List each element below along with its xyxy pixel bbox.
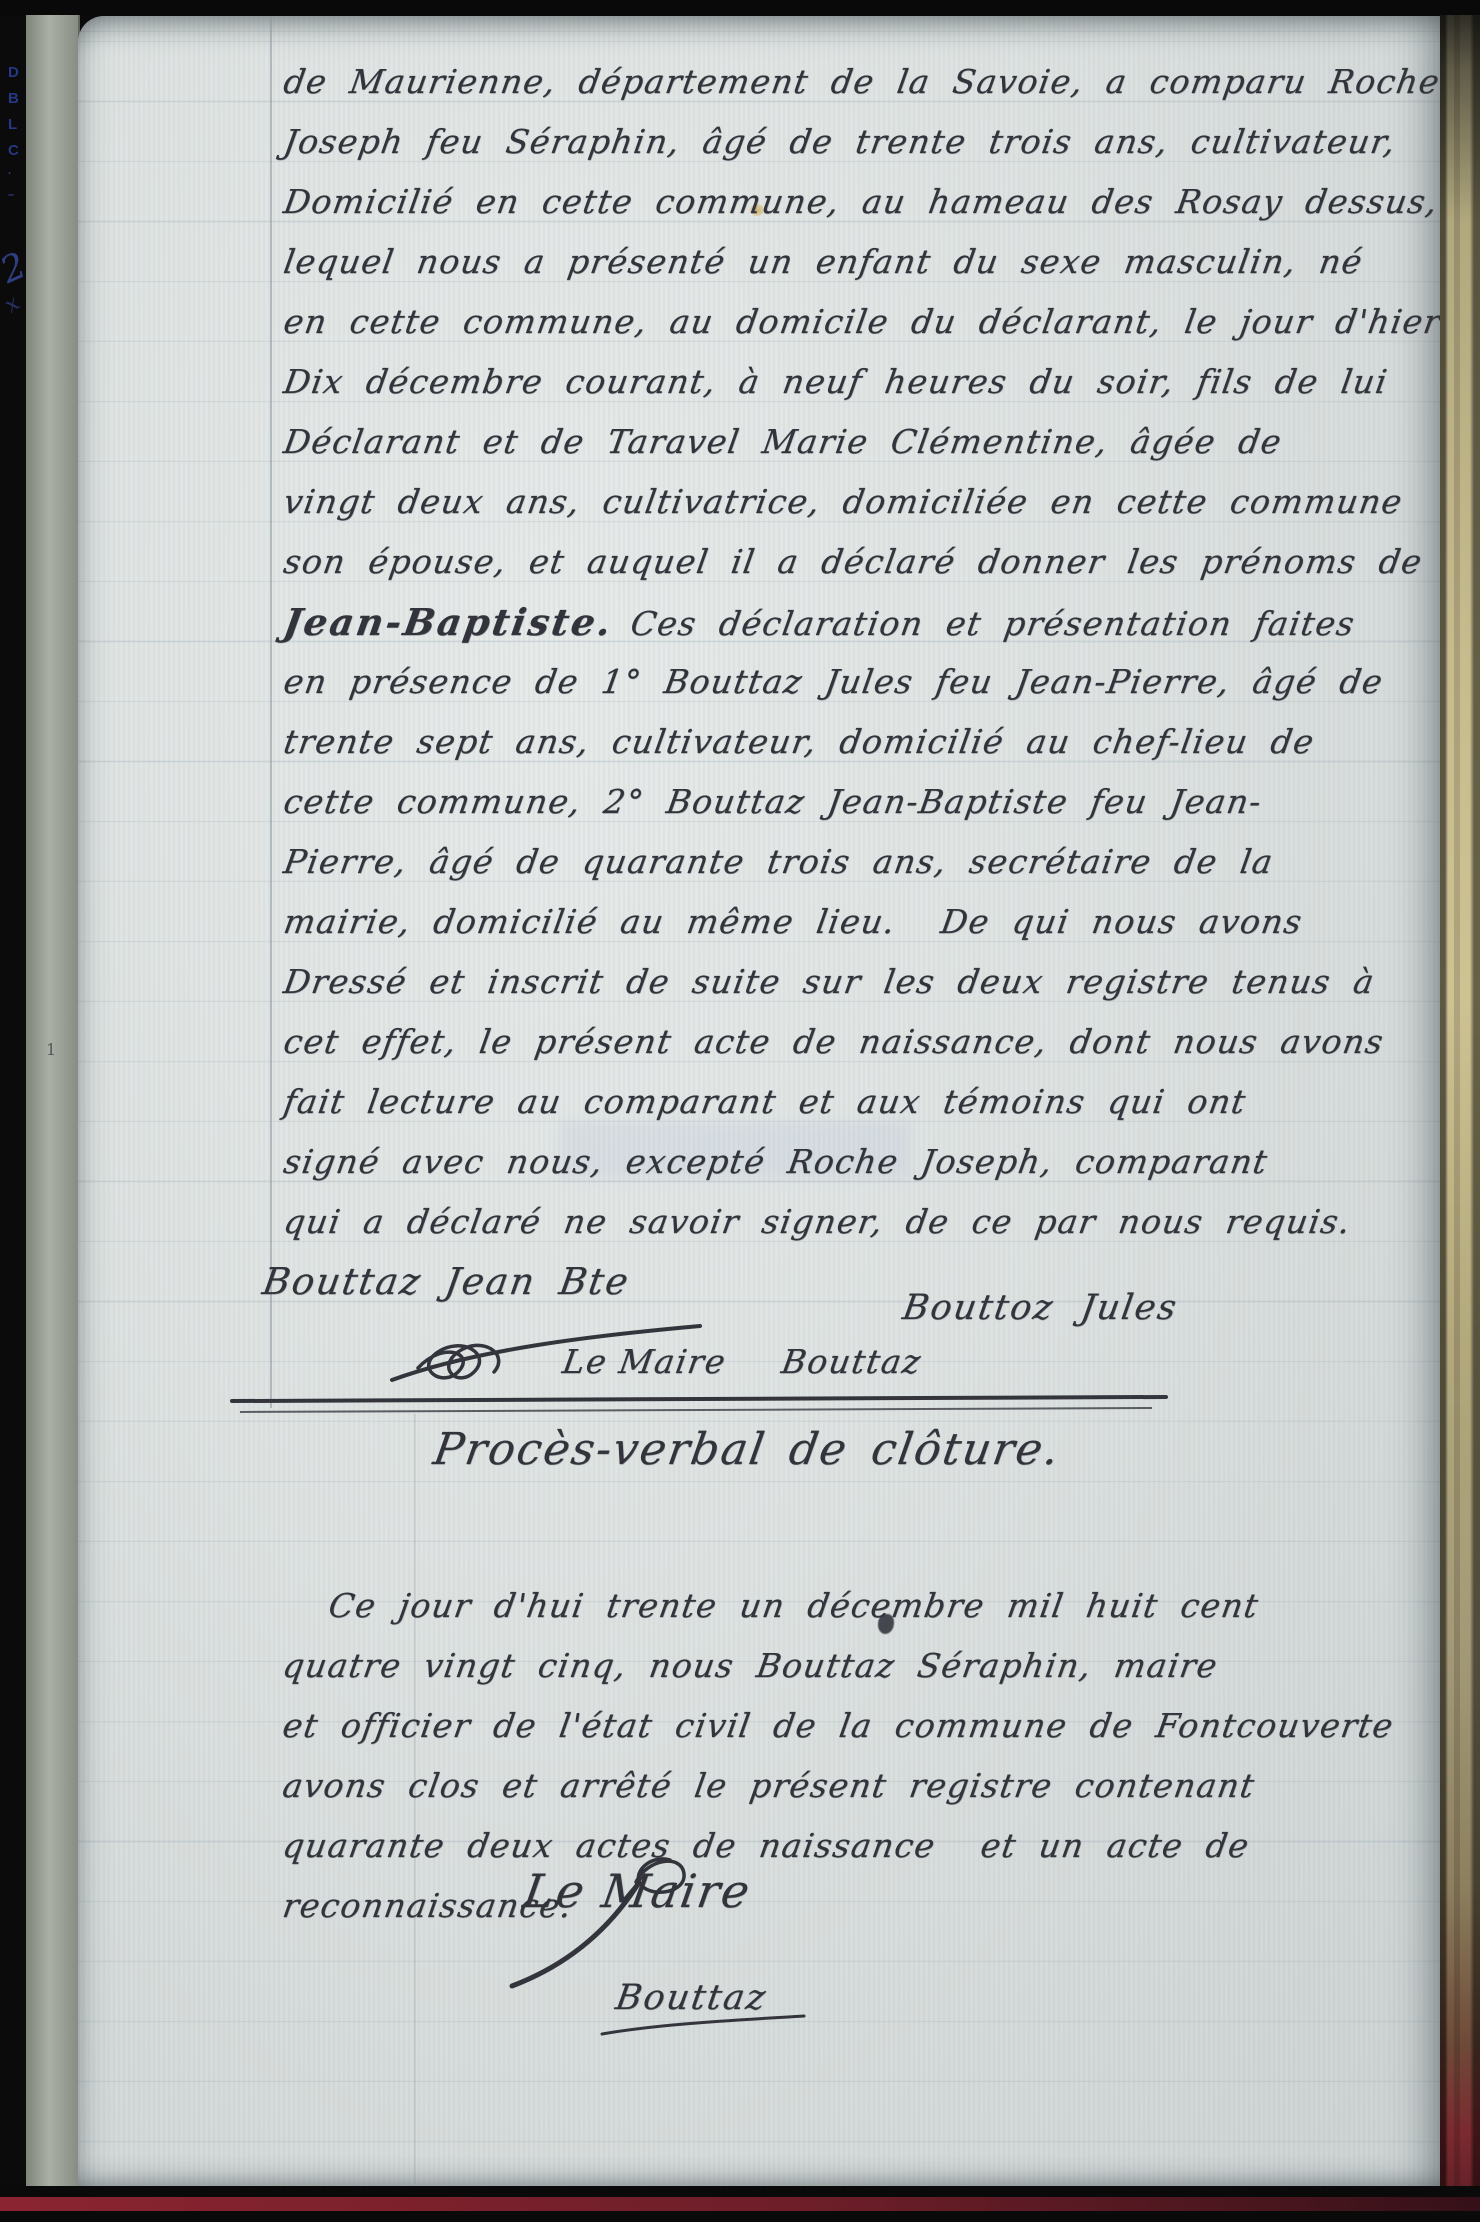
act-line: vingt deux ans, cultivatrice, domiciliée… xyxy=(284,472,1442,532)
margin-mark: 1 xyxy=(46,1040,56,1059)
spine-tick: · xyxy=(8,168,19,180)
signature-flourish xyxy=(598,2012,808,2038)
book-cover-edge xyxy=(0,2197,1480,2211)
margin-rule xyxy=(270,16,272,1408)
act-line: trente sept ans, cultivateur, domicilié … xyxy=(284,712,1442,772)
act-line: en présence de 1° Bouttaz Jules feu Jean… xyxy=(284,652,1442,712)
section-divider xyxy=(230,1395,1168,1403)
mayor-label: Le Maire xyxy=(560,1342,729,1381)
spine-tick: – xyxy=(8,189,19,201)
closure-mayor-label: Le Maire xyxy=(524,1864,751,1918)
closure-line: et officier de l'état civil de la commun… xyxy=(283,1696,1442,1756)
spine-printed-letters: D B L C · – xyxy=(8,64,19,201)
closure-line: quarante deux actes de naissance et un a… xyxy=(283,1816,1442,1876)
closure-title: Procès-verbal de clôture. xyxy=(430,1424,1064,1475)
act-line-child-name: Jean-Baptiste.Ces déclaration et présent… xyxy=(284,592,1442,652)
act-line: en cette commune, au domicile du déclara… xyxy=(284,292,1442,352)
spine-letter: C xyxy=(8,142,19,159)
act-line: de Maurienne, département de la Savoie, … xyxy=(284,52,1442,112)
name-underline-icon xyxy=(598,2012,808,2038)
act-line: cet effet, le présent acte de naissance,… xyxy=(284,1012,1442,1072)
spine-letter: D xyxy=(8,64,19,81)
act-line: Domicilié en cette commune, au hameau de… xyxy=(284,172,1442,232)
photo-top-border xyxy=(0,0,1480,15)
closure-line: reconnaissance. xyxy=(283,1876,1442,1936)
spine-letter: B xyxy=(8,90,19,107)
act-line: qui a déclaré ne savoir signer, de ce pa… xyxy=(284,1192,1442,1252)
spine-letter: L xyxy=(8,116,19,133)
mayor-name: Bouttaz xyxy=(779,1342,925,1381)
book-fore-edge xyxy=(1440,0,1480,2222)
act-line: Dix décembre courant, à neuf heures du s… xyxy=(284,352,1442,412)
section-divider xyxy=(240,1407,1152,1413)
signature-witness1: Bouttaz Jean Bte xyxy=(263,1260,630,1303)
manuscript-page: de Maurienne, département de la Savoie, … xyxy=(78,16,1442,2186)
birth-act-text: de Maurienne, département de la Savoie, … xyxy=(284,52,1442,1252)
act-line: signé avec nous, excepté Roche Joseph, c… xyxy=(284,1132,1442,1192)
closure-line: quatre vingt cinq, nous Bouttaz Séraphin… xyxy=(283,1636,1442,1696)
act-line: cette commune, 2° Bouttaz Jean-Baptiste … xyxy=(284,772,1442,832)
signature-mayor-line: Le MaireBouttaz xyxy=(563,1342,922,1381)
act-line: Pierre, âgé de quarante trois ans, secré… xyxy=(284,832,1442,892)
photo-left-border xyxy=(0,0,26,2222)
closure-line: avons clos et arrêté le présent registre… xyxy=(283,1756,1442,1816)
act-line: lequel nous a présenté un enfant du sexe… xyxy=(284,232,1442,292)
closure-text: Ce jour d'hui trente un décembre mil hui… xyxy=(283,1576,1442,1936)
previous-page-edge xyxy=(26,13,80,2188)
act-line: Joseph feu Séraphin, âgé de trente trois… xyxy=(284,112,1442,172)
act-line: fait lecture au comparant et aux témoins… xyxy=(284,1072,1442,1132)
act-line: mairie, domicilié au même lieu. De qui n… xyxy=(284,892,1442,952)
act-line: Dressé et inscrit de suite sur les deux … xyxy=(284,952,1442,1012)
child-name: Jean-Baptiste. xyxy=(279,592,617,652)
signature-witness2: Bouttoz Jules xyxy=(903,1288,1178,1328)
registry-page-photo: D B L C · – 2 x 1 de Maurienne, départem… xyxy=(0,0,1480,2222)
act-line: Déclarant et de Taravel Marie Clémentine… xyxy=(284,412,1442,472)
closure-line: Ce jour d'hui trente un décembre mil hui… xyxy=(283,1576,1442,1636)
act-line: son épouse, et auquel il a déclaré donne… xyxy=(284,532,1442,592)
